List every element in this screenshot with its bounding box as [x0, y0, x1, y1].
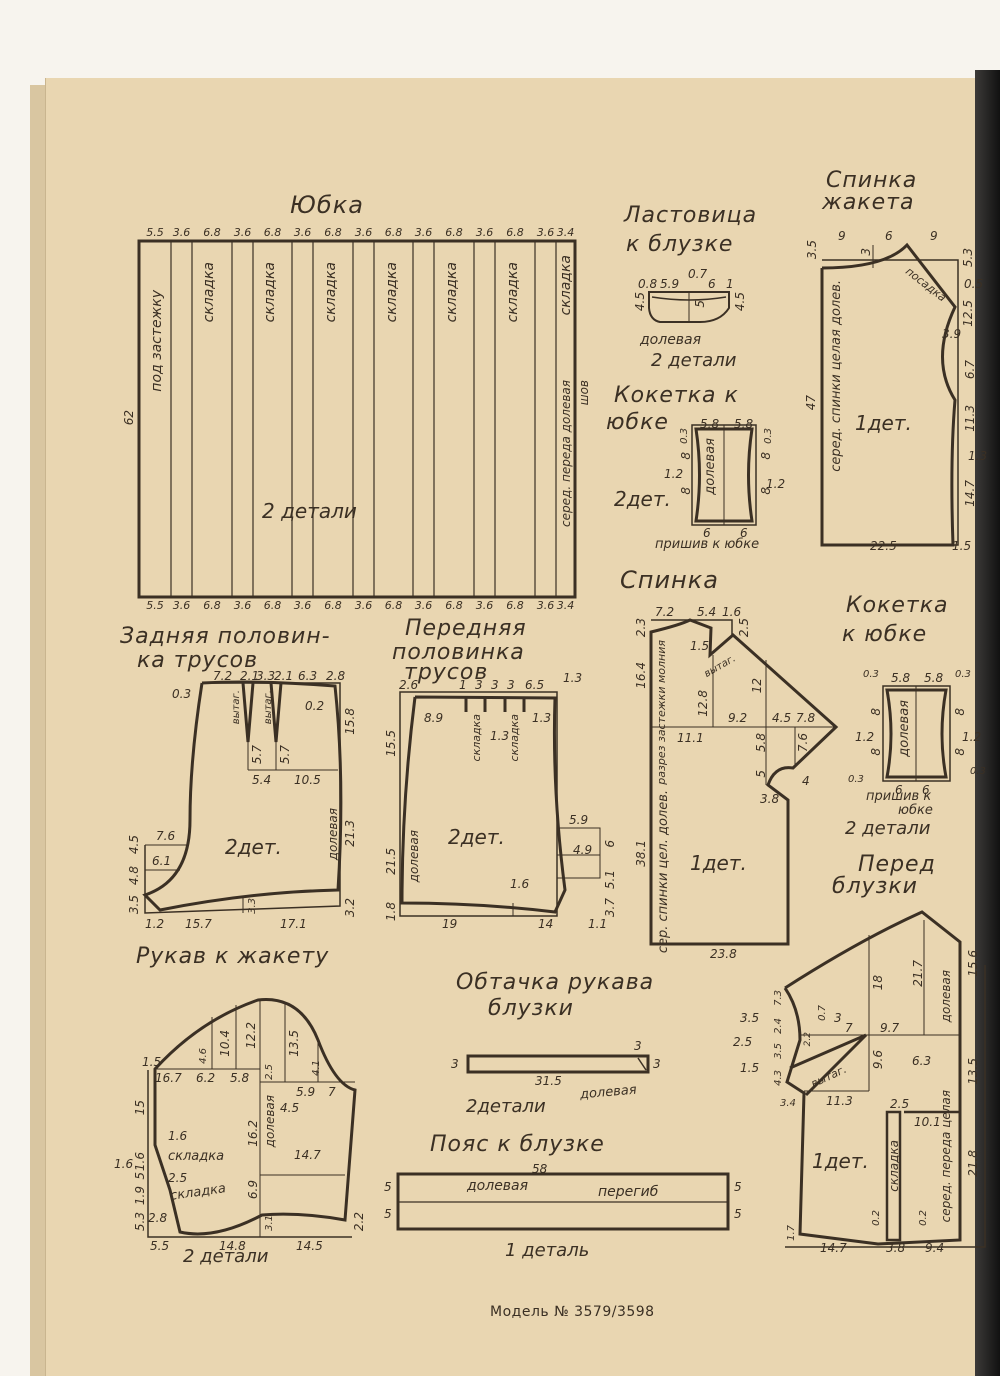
skirt-seam-label: шов [578, 380, 591, 405]
jacket-back-right: 12.5 [962, 300, 975, 327]
front-shorts-top: 1 [459, 679, 467, 692]
yoke-large-count: 2 детали [845, 818, 930, 840]
back-center-label: сер. спинки цел. долев. [657, 790, 670, 953]
back-shorts-bottom: 1.2 [145, 918, 164, 931]
gusset-title-2: к блузке [626, 232, 733, 258]
back-shorts-left: 4.8 [128, 866, 141, 885]
back-inner: 4 [802, 775, 810, 788]
sleeve-left: 5 [134, 1172, 147, 1180]
front-shorts-right: 5.1 [604, 870, 617, 889]
front-shorts-left: 1.8 [385, 902, 398, 921]
back-inner: 11.1 [677, 732, 704, 745]
sleeve-fold-mark: 1.6 [168, 1130, 187, 1143]
yoke-large-side: 8 [870, 748, 883, 756]
blouse-front-inner: 3 [834, 1012, 842, 1025]
back-inner: 4.5 [772, 712, 791, 725]
yoke-small-top: 5.8 [734, 418, 753, 431]
back-shorts-dart: вытаг. [262, 690, 275, 724]
jacket-back-neck: 3 [860, 248, 873, 256]
sleeve-inner: 6.9 [247, 1180, 260, 1199]
yoke-large-note: пришив к [866, 790, 931, 803]
sleeve-facing-left: 3 [451, 1058, 459, 1071]
sleeve-fold-mark: 2.5 [168, 1172, 187, 1185]
dim: 6.8 [192, 226, 232, 239]
sleeve-left: 1.6 [114, 1158, 133, 1171]
skirt-count: 2 детали [262, 500, 357, 522]
back-top: 7.2 [655, 606, 674, 619]
gusset-dim: 5.9 [660, 278, 679, 291]
dim: 3.6 [474, 226, 495, 239]
dim: 6.8 [313, 599, 353, 612]
sleeve-facing-title: Обтачка рукава [456, 970, 654, 996]
jacket-back-right: 0.5 [964, 278, 983, 291]
back-shorts-right: 3.2 [344, 898, 357, 917]
dim: 6.8 [253, 226, 292, 239]
sleeve-left: 5.3 [134, 1212, 147, 1231]
yoke-large-top: 0.3 [955, 668, 971, 681]
back-shorts-note: 0.2 [305, 700, 324, 713]
yoke-large-side: 8 [954, 748, 967, 756]
yoke-large-notch: 1.2 [962, 731, 981, 744]
sleeve-facing-piece [468, 1056, 648, 1072]
front-shorts-hem: 1.6 [510, 878, 529, 891]
back-shorts-top: 2.1 [274, 670, 293, 683]
sleeve-cap: 13.5 [288, 1030, 301, 1057]
dim: 3.6 [171, 226, 192, 239]
back-shorts-count: 2дет. [225, 836, 282, 858]
blouse-front-left: 2.4 [772, 1018, 785, 1034]
sleeve-inner: 16.2 [247, 1120, 260, 1147]
gusset-dim: 6 [708, 278, 716, 291]
front-shorts-note: 1.3 [532, 712, 551, 725]
back-shorts-dart-depth: 5.7 [279, 745, 292, 764]
skirt-fold-label: складка [325, 262, 338, 322]
yoke-small-title: Кокетка к [614, 383, 739, 409]
back-title: Спинка [620, 567, 719, 593]
yoke-small-notch: 1.2 [664, 468, 683, 481]
back-inner: 7.6 [797, 733, 810, 752]
back-shorts-mid: 5.4 [252, 774, 271, 787]
yoke-large-top: 0.3 [863, 668, 879, 681]
back-shorts-note: 0.3 [172, 688, 191, 701]
dim: 6.8 [374, 226, 413, 239]
skirt-fold-label: складка [446, 262, 459, 322]
dim: 3.6 [171, 599, 192, 612]
dim: 3.6 [232, 599, 253, 612]
back-inner: 7.8 [796, 712, 815, 725]
back-shorts-bottom: 17.1 [280, 918, 307, 931]
sleeve-top: 16.7 [155, 1072, 182, 1085]
back-shorts-top: 7.2 [213, 670, 232, 683]
blouse-front-fold: складка [888, 1140, 901, 1192]
back-shorts-grain: долевая [327, 808, 340, 860]
yoke-small-top: 5.8 [700, 418, 719, 431]
dim: 6.8 [495, 599, 535, 612]
sleeve-top: 7 [328, 1086, 336, 1099]
jacket-back-right: 5.3 [962, 248, 975, 267]
back-left: 2.3 [635, 618, 648, 637]
back-shorts-right: 15.8 [344, 708, 357, 735]
sleeve-fold: складка [168, 1150, 224, 1163]
blouse-front-bottom: 14.7 [820, 1242, 847, 1255]
belt-side: 5 [734, 1208, 742, 1221]
yoke-small-corner: 0.3 [678, 428, 691, 444]
dim: 3.6 [353, 226, 374, 239]
back-left: 38.1 [635, 840, 648, 867]
front-shorts-bottom: 19 [442, 918, 457, 931]
dim: 6.8 [495, 226, 535, 239]
back-inner: 9.2 [728, 712, 747, 725]
back-neck-dart: 1.5 [690, 640, 709, 653]
front-shorts-right: 3.7 [604, 898, 617, 917]
sleeve-cap: 4.1 [310, 1060, 323, 1076]
back-shorts-dart: вытаг. [230, 690, 243, 724]
blouse-front-right: 21.8 [967, 1150, 980, 1177]
front-shorts-top: 2.6 [399, 679, 418, 692]
back-shorts-bottom: 15.7 [185, 918, 212, 931]
skirt-left-label: под застежку [151, 290, 164, 392]
back-count: 1дет. [690, 852, 747, 874]
sleeve-grain: долевая [264, 1095, 277, 1147]
skirt-fold-label: складка [560, 255, 573, 315]
blouse-front-inner: 18 [872, 975, 885, 990]
back-shorts-left: 3.5 [128, 895, 141, 914]
jacket-back-title-2: жакета [822, 190, 914, 216]
skirt-fold-label: складка [264, 262, 277, 322]
gusset-side: 4.5 [734, 292, 747, 311]
blouse-front-inner: 9.7 [880, 1022, 899, 1035]
back-inner: 3.8 [760, 793, 779, 806]
back-zip-label: разрез застежки молния [656, 640, 692, 785]
back-shorts-title: Задняя половин- [120, 624, 331, 650]
dim: 3.6 [474, 599, 495, 612]
sleeve-inner: 2.2 [353, 1212, 366, 1231]
sleeve-cap: 4.6 [197, 1048, 210, 1064]
sleeve-top: 6.2 [196, 1072, 215, 1085]
belt-length: 58 [532, 1163, 547, 1176]
belt-count: 1 деталь [505, 1240, 589, 1262]
gusset-count: 2 детали [651, 350, 736, 372]
yoke-small-piece [692, 425, 756, 525]
sleeve-fold-mark: 2.8 [148, 1212, 167, 1225]
blouse-front-left: 4.3 [772, 1070, 785, 1086]
back-left: 16.4 [635, 662, 648, 689]
blouse-front-inner: 0.7 [816, 1005, 829, 1021]
yoke-large-notch: 1.2 [855, 731, 874, 744]
front-shorts-top: 3 [475, 679, 483, 692]
dim: 6.8 [434, 599, 474, 612]
sleeve-cap: 12.2 [245, 1022, 258, 1049]
front-shorts-title: Передняя [405, 616, 527, 642]
front-shorts-bottom: 14 [538, 918, 553, 931]
front-shorts-top: 6.5 [525, 679, 544, 692]
front-shorts-count: 2дет. [448, 826, 505, 848]
skirt-title: Юбка [290, 192, 364, 218]
dim: 3.6 [292, 599, 313, 612]
sleeve-inner: 4.5 [280, 1102, 299, 1115]
gusset-title: Ластовица [624, 203, 757, 229]
back-top: 5.4 [697, 606, 716, 619]
back-shoulder: 2.5 [738, 618, 751, 637]
yoke-large-title-2: к юбке [842, 622, 927, 648]
front-shorts-top: 1.3 [563, 672, 582, 685]
sleeve-left: 1.6 [134, 1152, 147, 1171]
skirt-right-label: серед. переда долевая [560, 380, 573, 527]
dim: 6.8 [192, 599, 232, 612]
blouse-front-inner: 2.2 [802, 1032, 815, 1046]
gusset-side: 4.5 [634, 292, 647, 311]
blouse-front-center-label: серед. переда целая [940, 1090, 953, 1222]
gusset-dim: 0.8 [638, 278, 657, 291]
dim: 3.6 [535, 226, 556, 239]
jacket-back-top: 9 [930, 230, 938, 243]
front-shorts-note: 1.3 [490, 730, 509, 743]
sleeve-facing-right: 3 [653, 1058, 661, 1071]
sleeve-top: 2.5 [263, 1064, 276, 1080]
yoke-small-note: пришив к юбке [655, 538, 759, 551]
blouse-front-left: 3.4 [780, 1097, 796, 1110]
front-shorts-right: 6 [604, 840, 617, 848]
back-shorts-top: 6.3 [298, 670, 317, 683]
blouse-front-inner: 7 [845, 1022, 853, 1035]
yoke-large-grain: долевая [898, 700, 911, 757]
yoke-small-side: 8 [680, 452, 693, 460]
blouse-front-inner: 2.5 [890, 1098, 909, 1111]
dim: 5.5 [139, 599, 171, 612]
yoke-large-side: 8 [954, 708, 967, 716]
front-shorts-left: 15.5 [385, 730, 398, 757]
front-shorts-top: 3 [507, 679, 515, 692]
yoke-large-bottom-corner: 0.3 [970, 765, 986, 778]
jacket-back-count: 1дет. [855, 412, 912, 434]
back-shorts-top: 3.3 [256, 670, 275, 683]
jacket-back-bottom: 22.5 [870, 540, 897, 553]
dim: 6.8 [374, 599, 413, 612]
back-shorts-left: 4.5 [128, 835, 141, 854]
sleeve-top: 5.8 [230, 1072, 249, 1085]
yoke-large-bottom-corner: 0.3 [848, 773, 864, 786]
yoke-large-piece [883, 686, 950, 781]
blouse-front-grain: долевая [940, 970, 953, 1022]
blouse-front-title-2: блузки [832, 874, 918, 900]
belt-side: 5 [384, 1208, 392, 1221]
back-inner: 12.8 [697, 690, 710, 717]
belt-side: 5 [734, 1181, 742, 1194]
jacket-back-right: 11.3 [964, 405, 977, 432]
dim: 3.6 [535, 599, 556, 612]
back-shorts-hem: 3.3 [246, 898, 259, 914]
front-shorts-bottom: 1.1 [588, 918, 607, 931]
front-shorts-crotch: 5.9 [569, 814, 588, 827]
back-shorts-right: 21.3 [344, 820, 357, 847]
model-number: Модель № 3579/3598 [490, 1304, 655, 1320]
jacket-back-center-label: серед. спинки целая долев. [830, 280, 843, 472]
dim: 3.6 [353, 599, 374, 612]
blouse-front-inner: 6.3 [912, 1055, 931, 1068]
front-shorts-fold: складка [508, 714, 521, 761]
blouse-front-count: 1дет. [812, 1150, 869, 1172]
sleeve-inner: 3.1 [263, 1215, 276, 1231]
blouse-front-bottom: 3.8 [886, 1242, 905, 1255]
jacket-back-top: 9 [838, 230, 846, 243]
skirt-fold-label: складка [386, 262, 399, 322]
back-inner: 5.8 [755, 733, 768, 752]
skirt-fold-label: складка [507, 262, 520, 322]
yoke-small-corner: 0.3 [762, 428, 775, 444]
blouse-front-left: 3.5 [772, 1043, 785, 1059]
sleeve-bottom: 5.5 [150, 1240, 169, 1253]
blouse-front-bottom: 9.4 [925, 1242, 944, 1255]
gusset-center: 5 [694, 300, 707, 308]
back-bottom: 23.8 [710, 948, 737, 961]
yoke-large-side: 8 [870, 708, 883, 716]
blouse-front-inner: 10.1 [914, 1116, 941, 1129]
sleeve-cap: 10.4 [219, 1030, 232, 1057]
yoke-small-count: 2дет. [614, 488, 671, 510]
sleeve-top: 1.5 [142, 1056, 161, 1069]
back-shorts-mid: 10.5 [294, 774, 321, 787]
skirt-top-dims: 5.5 3.6 6.8 3.6 6.8 3.6 6.8 3.6 6.8 3.6 … [139, 226, 584, 239]
dim: 3.6 [413, 599, 434, 612]
yoke-small-notch: 1.2 [766, 478, 785, 491]
front-shorts-left: 21.5 [385, 848, 398, 875]
sleeve-facing-title-2: блузки [488, 996, 574, 1022]
sleeve-left: 1.9 [134, 1186, 147, 1205]
blouse-front-left: 7.3 [772, 990, 785, 1006]
back-shorts-crotch: 7.6 [156, 830, 175, 843]
sleeve-left: 15 [134, 1100, 147, 1115]
gusset-dim: 0.7 [688, 268, 707, 281]
blouse-front-inner: 21.7 [912, 960, 925, 987]
blouse-front-left-note: 1.5 [740, 1062, 759, 1075]
yoke-small-side: 8 [680, 487, 693, 495]
jacket-back-bottom: 1.5 [952, 540, 971, 553]
blouse-front-inner: 11.3 [826, 1095, 853, 1108]
yoke-large-top: 5.8 [891, 672, 910, 685]
dim: 3.6 [413, 226, 434, 239]
blouse-front-left-note: 2.5 [733, 1036, 752, 1049]
skirt-bottom-dims: 5.5 3.6 6.8 3.6 6.8 3.6 6.8 3.6 6.8 3.6 … [139, 599, 584, 612]
sleeve-inner: 14.7 [294, 1149, 321, 1162]
dim: 3.4 [556, 226, 575, 239]
blouse-front-notch: 0.2 [870, 1210, 883, 1226]
back-shorts-crotch: 6.1 [152, 855, 171, 868]
gusset-dim: 1 [726, 278, 734, 291]
back-shorts-top: 2.8 [326, 670, 345, 683]
yoke-large-title: Кокетка [846, 593, 949, 619]
dim: 6.8 [434, 226, 474, 239]
front-shorts-piece [400, 692, 600, 916]
back-inner: 5 [755, 770, 768, 778]
sleeve-facing-length: 31.5 [535, 1075, 562, 1088]
sleeve-bottom: 14.5 [296, 1240, 323, 1253]
sleeve-top: 5.9 [296, 1086, 315, 1099]
blouse-front-right: 13.5 [967, 1058, 980, 1085]
belt-title: Пояс к блузке [430, 1132, 605, 1158]
dim: 3.6 [292, 226, 313, 239]
gusset-piece [649, 292, 729, 322]
sleeve-facing-count: 2детали [466, 1096, 546, 1118]
dim: 3.6 [232, 226, 253, 239]
jacket-back-armhole: 3.9 [942, 328, 961, 341]
dim: 6.8 [253, 599, 292, 612]
front-shorts-grain: долевая [408, 830, 421, 882]
belt-fold: перегиб [598, 1186, 658, 1199]
dim: 5.5 [139, 226, 171, 239]
sleeve-facing-right: 3 [634, 1040, 642, 1053]
blouse-front-right: 15.6 [967, 950, 980, 977]
skirt-height: 62 [123, 410, 136, 425]
belt-side: 5 [384, 1181, 392, 1194]
blouse-front-left-note: 3.5 [740, 1012, 759, 1025]
blouse-front-inner: 9.6 [872, 1050, 885, 1069]
back-shorts-dart-depth: 5.7 [251, 745, 264, 764]
sleeve-title: Рукав к жакету [136, 944, 329, 970]
front-shorts-fold: складка [470, 714, 483, 761]
front-shorts-note: 8.9 [424, 712, 443, 725]
jacket-back-left-top: 3.5 [806, 240, 819, 259]
belt-piece [398, 1174, 728, 1229]
belt-grain: долевая [467, 1180, 528, 1193]
gusset-grain: долевая [640, 334, 701, 347]
yoke-small-title-2: юбке [606, 410, 669, 436]
sleeve-count: 2 детали [183, 1246, 268, 1268]
yoke-small-side: 8 [760, 452, 773, 460]
jacket-back-height: 47 [805, 395, 818, 410]
jacket-back-right: 1.3 [968, 450, 987, 463]
jacket-back-right: 14.7 [964, 480, 977, 507]
yoke-large-top: 5.8 [924, 672, 943, 685]
jacket-back-top: 6 [885, 230, 893, 243]
front-shorts-top: 3 [491, 679, 499, 692]
jacket-back-right: 6.7 [964, 360, 977, 379]
front-shorts-crotch: 4.9 [573, 844, 592, 857]
yoke-large-note-2: юбке [898, 804, 933, 817]
blouse-front-notch: 0.2 [917, 1210, 930, 1226]
dim: 3.4 [556, 599, 575, 612]
dim: 6.8 [313, 226, 353, 239]
yoke-small-grain: долевая [704, 438, 717, 495]
blouse-front-left: 1.7 [785, 1225, 798, 1241]
back-inner: 12 [751, 678, 764, 693]
skirt-fold-label: складка [203, 262, 216, 322]
